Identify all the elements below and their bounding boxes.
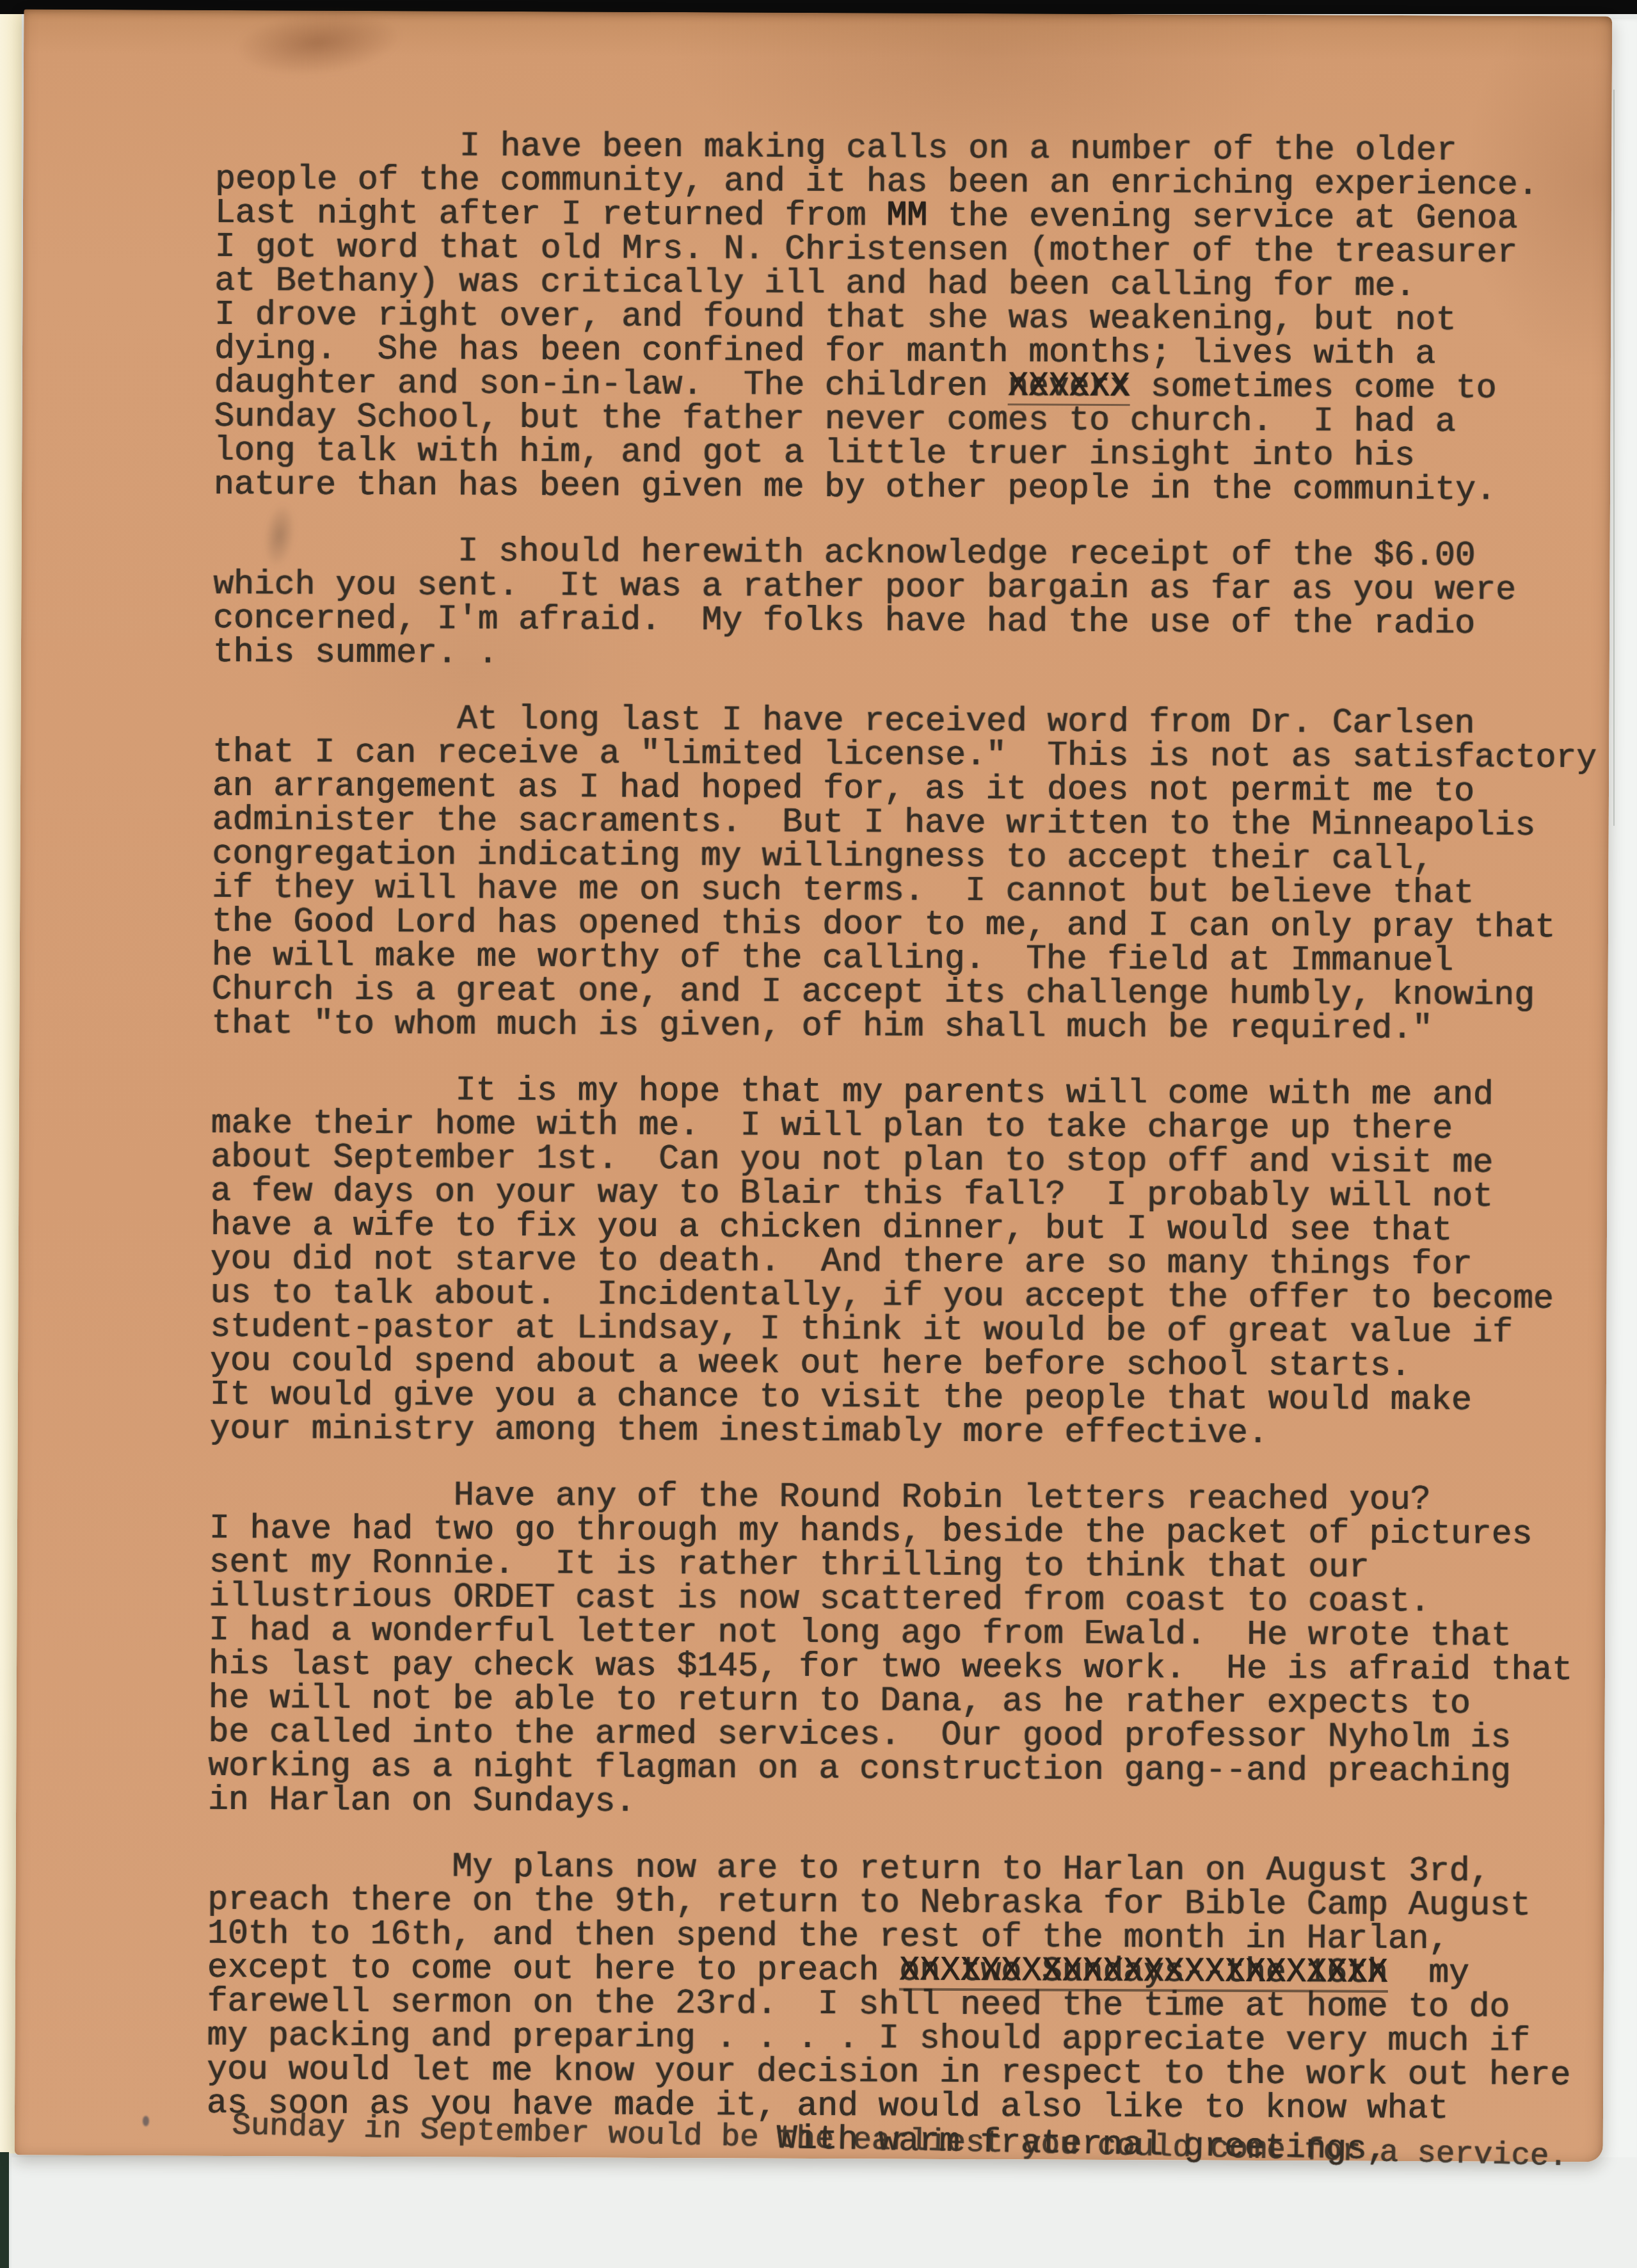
letter-paragraph: I should herewith acknowledge receipt of… [213,534,1609,676]
overtype-mm: MM [886,198,927,232]
scanner-bed: { "scan": { "background_color": "#e7eae8… [0,0,1637,2268]
scan-artifact-line [1613,90,1615,826]
overtype-strikeout-never: XXXXXX [1008,369,1130,406]
letter-paragraph: It is my hope that my parents will come … [210,1073,1607,1452]
scanner-bed-bottom [12,2157,1637,2268]
overtype-strikeout-sundays: XXXXXXXXXXXXXXXXXXXXXXXX [899,1954,1388,1993]
paper-crease-shadow [232,3,404,83]
letter-page: I have been making calls on a number of … [15,10,1613,2162]
letter-paragraph: Have any of the Round Robin letters reac… [208,1478,1604,1824]
left-dark-sliver [0,2152,9,2268]
paper-speck [143,2116,149,2126]
letter-body: I have been making calls on a number of … [207,129,1611,2157]
letter-paragraph: At long last I have received word from D… [211,702,1608,1047]
letter-paragraph: I have been making calls on a number of … [214,129,1611,508]
paragraphs-container: I have been making calls on a number of … [207,129,1611,2127]
